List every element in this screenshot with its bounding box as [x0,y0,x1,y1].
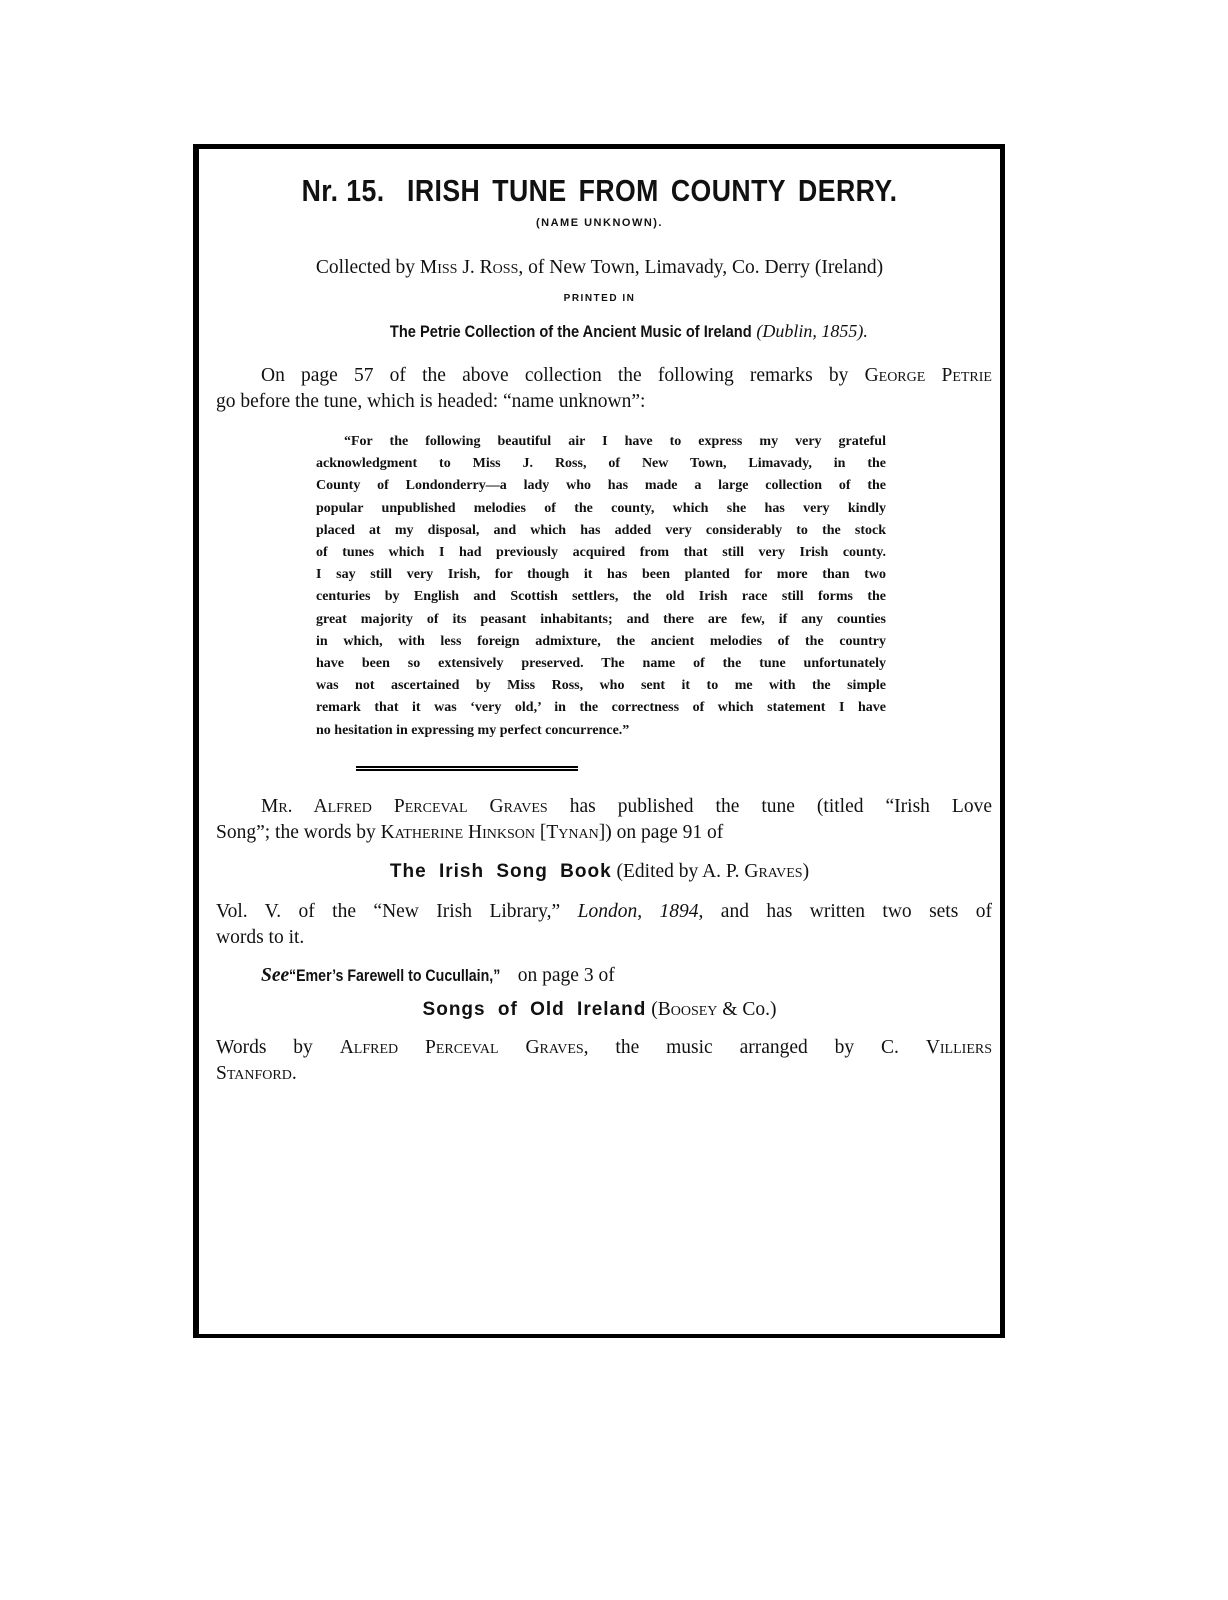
person-name: Mr. Alfred Perceval Graves [261,796,548,817]
book-title: Songs of Old Ireland [423,999,647,1020]
see-also-line: See “Emer’s Farewell to Cucullain,” on p… [261,965,615,987]
collected-prefix: Collected by [316,257,420,278]
quote-line: acknowledgment to Miss J. Ross, of New T… [316,453,886,475]
graves-paragraph: Mr. Alfred Perceval Graves has published… [216,794,992,846]
person-name: George Petrie [865,365,992,386]
quote-line: was not ascertained by Miss Ross, who se… [316,675,886,697]
book-title: The Irish Song Book [390,861,612,882]
intro-paragraph: On page 57 of the above collection the f… [216,363,992,415]
collected-by-line: Collected by Miss J. Ross, of New Town, … [199,257,1000,279]
graves-line: Mr. Alfred Perceval Graves has published… [216,794,992,820]
credits-text: Words by [216,1037,340,1058]
person-name: Alfred Perceval Graves [340,1037,584,1058]
volume-text: Vol. V. of the “New Irish Library,” [216,901,578,922]
irish-song-book-line: The Irish Song Book (Edited by A. P. Gra… [199,861,1000,883]
quote-line: great majority of its peasant inhabitant… [316,609,886,631]
title-word: DERRY. [798,173,897,208]
quote-line: I say still very Irish, for though it ha… [316,564,886,586]
credits-line: Stanford. [216,1061,992,1087]
see-word: See [261,965,289,986]
graves-text: Song”; the words by [216,822,381,843]
source-title-line: The Petrie Collection of the Ancient Mus… [199,321,1000,343]
credits-text: , the music arranged by C. [584,1037,926,1058]
quote-line: placed at my disposal, and which has add… [316,520,886,542]
quote-line: “For the following beautiful air I have … [316,431,886,453]
see-text: on page 3 of [513,965,615,986]
intro-text: On page 57 of the above collection the f… [261,365,865,386]
printed-in-label: PRINTED IN [199,293,1000,304]
quote-line: in which, with less foreign admixture, t… [316,631,886,653]
song-title: “Emer’s Farewell to Cucullain,” [289,967,500,986]
person-name: Stanford [216,1063,292,1084]
volume-line: words to it. [216,925,992,951]
quote-line: County of Londonderry—a lady who has mad… [316,475,886,497]
volume-line: Vol. V. of the “New Irish Library,” Lond… [216,899,992,925]
quote-line: have been so extensively preserved. The … [316,653,886,675]
publisher-name: Boosey [658,999,718,1020]
volume-text: , and has written two sets of [699,901,992,922]
quote-line: remark that it was ‘very old,’ in the co… [316,697,886,719]
quote-line: popular unpublished melodies of the coun… [316,498,886,520]
publisher-text: ( [646,999,657,1020]
songs-of-old-ireland-line: Songs of Old Ireland (Boosey & Co.) [199,999,1000,1021]
quote-line: no hesitation in expressing my perfect c… [316,720,886,742]
editor-name: Graves [744,861,802,882]
title-word: COUNTY [671,173,786,208]
collected-suffix: , of New Town, Limavady, Co. Derry (Irel… [518,257,883,278]
collector-name: Miss J. Ross [420,257,518,278]
place-year: London, 1894 [578,901,699,922]
quote-line: centuries by English and Scottish settle… [316,586,886,608]
petrie-quote: “For the following beautiful air I have … [316,431,886,742]
title-word: TUNE [492,173,566,208]
editor-text: (Edited by A. P. [612,861,745,882]
page-frame: Nr. 15.IRISHTUNEFROMCOUNTYDERRY. (NAME U… [193,144,1005,1338]
quote-line: of tunes which I had previously acquired… [316,542,886,564]
double-rule-divider [356,766,578,771]
credits-paragraph: Words by Alfred Perceval Graves, the mus… [216,1035,992,1087]
person-name: Katherine Hinkson [Tynan] [381,822,606,843]
volume-paragraph: Vol. V. of the “New Irish Library,” Lond… [216,899,992,951]
editor-text: ) [803,861,810,882]
graves-text: ) on page 91 of [605,822,723,843]
credits-text: . [292,1063,297,1084]
subtitle: (NAME UNKNOWN). [199,217,1000,229]
source-place-year: (Dublin, 1855). [752,321,868,341]
tune-number: Nr. 15. [302,173,385,208]
title-word: IRISH [407,173,480,208]
intro-line: On page 57 of the above collection the f… [216,363,992,389]
source-title: The Petrie Collection of the Ancient Mus… [390,322,752,342]
page-title: Nr. 15.IRISHTUNEFROMCOUNTYDERRY. [255,173,944,209]
credits-line: Words by Alfred Perceval Graves, the mus… [216,1035,992,1061]
graves-text: has published the tune (titled “Irish Lo… [548,796,992,817]
title-word: FROM [579,173,659,208]
graves-line: Song”; the words by Katherine Hinkson [T… [216,820,992,846]
person-name: Villiers [926,1037,992,1058]
intro-line: go before the tune, which is headed: “na… [216,389,992,415]
publisher-text: & Co.) [717,999,776,1020]
